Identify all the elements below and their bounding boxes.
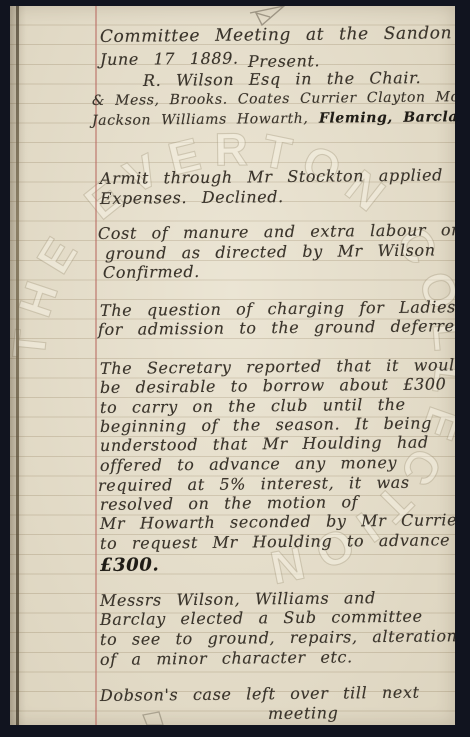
page-binding-edge [16,6,19,725]
pencil-mark-bottom [143,712,163,725]
handwritten-line: meeting [268,703,339,723]
handwritten-line: Confirmed. [103,262,200,282]
handwritten-line: be desirable to borrow about £300 [100,374,447,397]
handwritten-line: Mr Howarth seconded by Mr Currier [100,510,455,533]
attendees-line-2: Jackson Williams Howarth, Fleming, Barcl… [92,109,455,129]
handwritten-line: Expenses. Declined. [100,187,284,208]
handwritten-line: to request Mr Houlding to advance [100,530,450,553]
handwritten-line: Barclay elected a Sub committee [100,607,423,629]
handwritten-line: understood that Mr Houlding had [100,433,429,455]
handwritten-line: offered to advance any money [100,453,397,475]
attendees-line-2-dark: Fleming, Barclay [308,109,455,127]
handwritten-line: Cost of manure and extra labour on [98,220,455,243]
handwritten-line: required at 5% interest, it was [98,473,410,495]
handwritten-line: of a minor character etc. [100,647,353,669]
chairman-line: R. Wilson Esq in the Chair. [143,68,421,90]
minutes-date-line: June 17 1889. [100,49,239,69]
pencil-scribble-top [250,6,284,25]
attendees-line-1: & Mess, Brooks. Coates Currier Clayton M… [92,89,455,109]
handwritten-line: ground as directed by Mr Wilson [105,241,436,263]
attendees-line-2-light: Jackson Williams Howarth, [92,111,309,129]
ledger-paper: THE EVERTON COLLECTION Committee Meeting… [10,6,455,725]
present-label: Present. [248,51,320,71]
minutes-title-line: Committee Meeting at the Sandon Hotel [100,23,455,47]
handwritten-line-amount: £300. [100,554,160,576]
scanned-minute-book-page: { "page": { "watermark_text": "THE EVERT… [0,0,470,737]
handwritten-line: Armit through Mr Stockton applied for [100,165,455,188]
handwritten-line: to see to ground, repairs, alterations [100,626,455,649]
handwritten-line: for admission to the ground deferred, [98,316,455,339]
handwritten-line: Dobson's case left over till next [100,683,420,705]
